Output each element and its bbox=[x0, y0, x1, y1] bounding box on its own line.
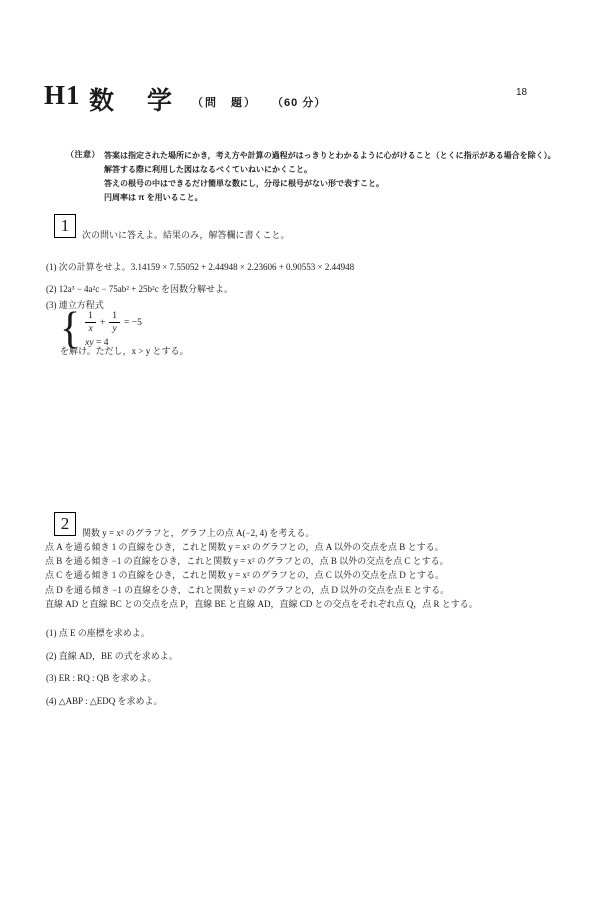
notice-label: （注意） bbox=[66, 149, 100, 160]
problem-2-intro: 関数 y = x² のグラフと，グラフ上の点 A(−2, 4) を考える。 bbox=[82, 526, 314, 539]
system-equations: 1 x + 1 y = −5 xy = 4 bbox=[85, 311, 142, 348]
fraction-1-over-x: 1 x bbox=[85, 311, 96, 335]
problem-1-question-2: (2) 12a³ − 4a²c − 75ab² + 25b²c を因数分解せよ。 bbox=[46, 282, 233, 295]
problem-2-question-line: (1) 点 E の座標を求めよ。 bbox=[46, 622, 178, 645]
notice-line: 解答する際に利用した図はなるべくていねいにかくこと。 bbox=[104, 163, 556, 177]
exam-paper-page: H1 数 学 （問 題） （60 分） 18 （注意） 答案は指定された場所にか… bbox=[0, 0, 600, 900]
page-number: 18 bbox=[516, 87, 527, 98]
problem-2-number-box: 2 bbox=[54, 512, 76, 536]
system-equation-1: 1 x + 1 y = −5 bbox=[85, 311, 142, 335]
problem-2-question-line: (4) △ABP : △EDQ を求めよ。 bbox=[46, 690, 178, 713]
problem-1-intro: 次の問いに答えよ。結果のみ，解答欄に書くこと。 bbox=[82, 228, 290, 241]
problem-1-number-box: 1 bbox=[54, 214, 76, 238]
notice-line: 円周率は π を用いること。 bbox=[104, 191, 556, 205]
problem-2-statement-line: 直線 AD と直線 BC との交点を点 P，直線 BE と直線 AD，直線 CD… bbox=[45, 597, 478, 611]
problem-2-question-line: (2) 直線 AD，BE の式を求めよ。 bbox=[46, 645, 178, 668]
exam-type-label: （問 題） bbox=[192, 94, 257, 110]
problem-1-question-3-tail: を解け。ただし，x > y とする。 bbox=[60, 344, 188, 357]
problem-2-statement-line: 点 B を通る傾き −1 の直線をひき，これと関数 y = x² のグラフとの，… bbox=[45, 554, 478, 568]
problem-1-question-1: (1) 次の計算をせよ。3.14159 × 7.55052 + 2.44948 … bbox=[46, 260, 354, 273]
notice-lines: 答案は指定された場所にかき，考え方や計算の過程がはっきりとわかるように心がけるこ… bbox=[104, 149, 556, 205]
problem-2-statement-line: 点 C を通る傾き 1 の直線をひき，これと関数 y = x² のグラフとの，点… bbox=[45, 568, 478, 582]
notice-line: 答えの根号の中はできるだけ簡単な数にし，分母に根号がない形で表すこと。 bbox=[104, 177, 556, 191]
problem-2-statement-line: 点 D を通る傾き −1 の直線をひき，これと関数 y = x² のグラフとの，… bbox=[45, 583, 478, 597]
equation-1-rhs: = −5 bbox=[124, 318, 142, 328]
problem-1-number: 1 bbox=[61, 216, 70, 235]
problem-2-question-line: (3) ER : RQ : QB を求めよ。 bbox=[46, 667, 178, 690]
notice-line: 答案は指定された場所にかき，考え方や計算の過程がはっきりとわかるように心がけるこ… bbox=[104, 149, 556, 163]
problem-2-statement-line: 点 A を通る傾き 1 の直線をひき，これと関数 y = x² のグラフとの，点… bbox=[45, 540, 478, 554]
problem-2-statements: 点 A を通る傾き 1 の直線をひき，これと関数 y = x² のグラフとの，点… bbox=[45, 540, 478, 611]
exam-duration-label: （60 分） bbox=[272, 94, 326, 110]
problem-2-number: 2 bbox=[61, 514, 70, 533]
fraction-1-over-y: 1 y bbox=[109, 311, 120, 335]
problem-2-questions: (1) 点 E の座標を求めよ。(2) 直線 AD，BE の式を求めよ。(3) … bbox=[46, 622, 178, 712]
plus-operator: + bbox=[100, 318, 105, 328]
exam-subject-title: 数 学 bbox=[89, 81, 176, 117]
exam-code: H1 bbox=[44, 80, 81, 111]
